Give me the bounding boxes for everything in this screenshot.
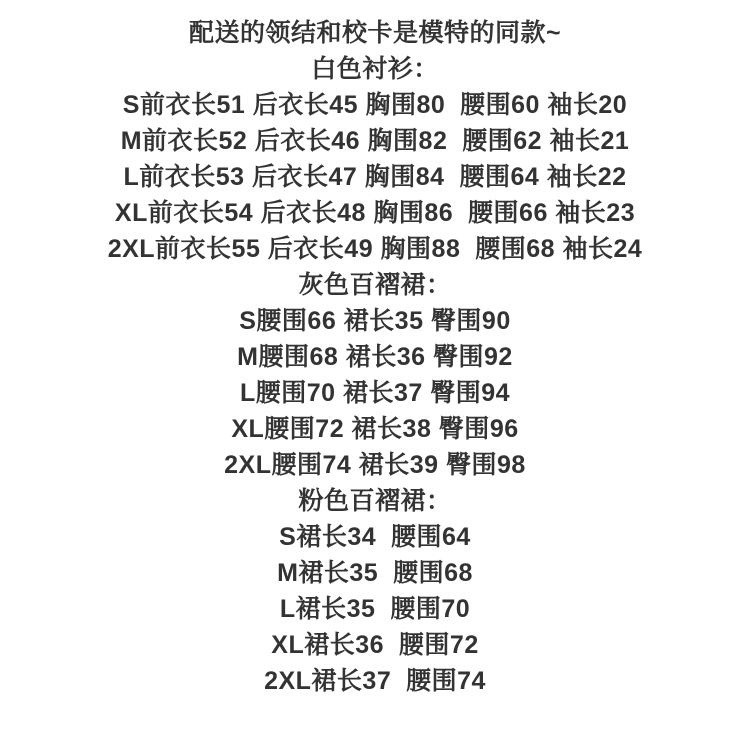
size-row: L前衣长53 后衣长47 胸围84 腰围64 袖长22 <box>0 159 750 195</box>
size-row: M前衣长52 后衣长46 胸围82 腰围62 袖长21 <box>0 123 750 159</box>
section-header-white-shirt: 白色衬衫： <box>0 51 750 87</box>
size-row: XL前衣长54 后衣长48 胸围86 腰围66 袖长23 <box>0 195 750 231</box>
size-row: M腰围68 裙长36 臀围92 <box>0 339 750 375</box>
size-row: L腰围70 裙长37 臀围94 <box>0 375 750 411</box>
size-chart-panel: 配送的领结和校卡是模特的同款~ 白色衬衫： S前衣长51 后衣长45 胸围80 … <box>0 0 750 699</box>
size-row: S前衣长51 后衣长45 胸围80 腰围60 袖长20 <box>0 87 750 123</box>
note-line: 配送的领结和校卡是模特的同款~ <box>0 15 750 51</box>
size-row: XL裙长36 腰围72 <box>0 627 750 663</box>
size-row: S腰围66 裙长35 臀围90 <box>0 303 750 339</box>
size-row: L裙长35 腰围70 <box>0 591 750 627</box>
size-row: S裙长34 腰围64 <box>0 519 750 555</box>
size-row: 2XL裙长37 腰围74 <box>0 663 750 699</box>
size-row: 2XL前衣长55 后衣长49 胸围88 腰围68 袖长24 <box>0 231 750 267</box>
size-row: M裙长35 腰围68 <box>0 555 750 591</box>
section-header-gray-pleated-skirt: 灰色百褶裙： <box>0 267 750 303</box>
size-row: 2XL腰围74 裙长39 臀围98 <box>0 447 750 483</box>
section-header-pink-pleated-skirt: 粉色百褶裙： <box>0 483 750 519</box>
size-row: XL腰围72 裙长38 臀围96 <box>0 411 750 447</box>
